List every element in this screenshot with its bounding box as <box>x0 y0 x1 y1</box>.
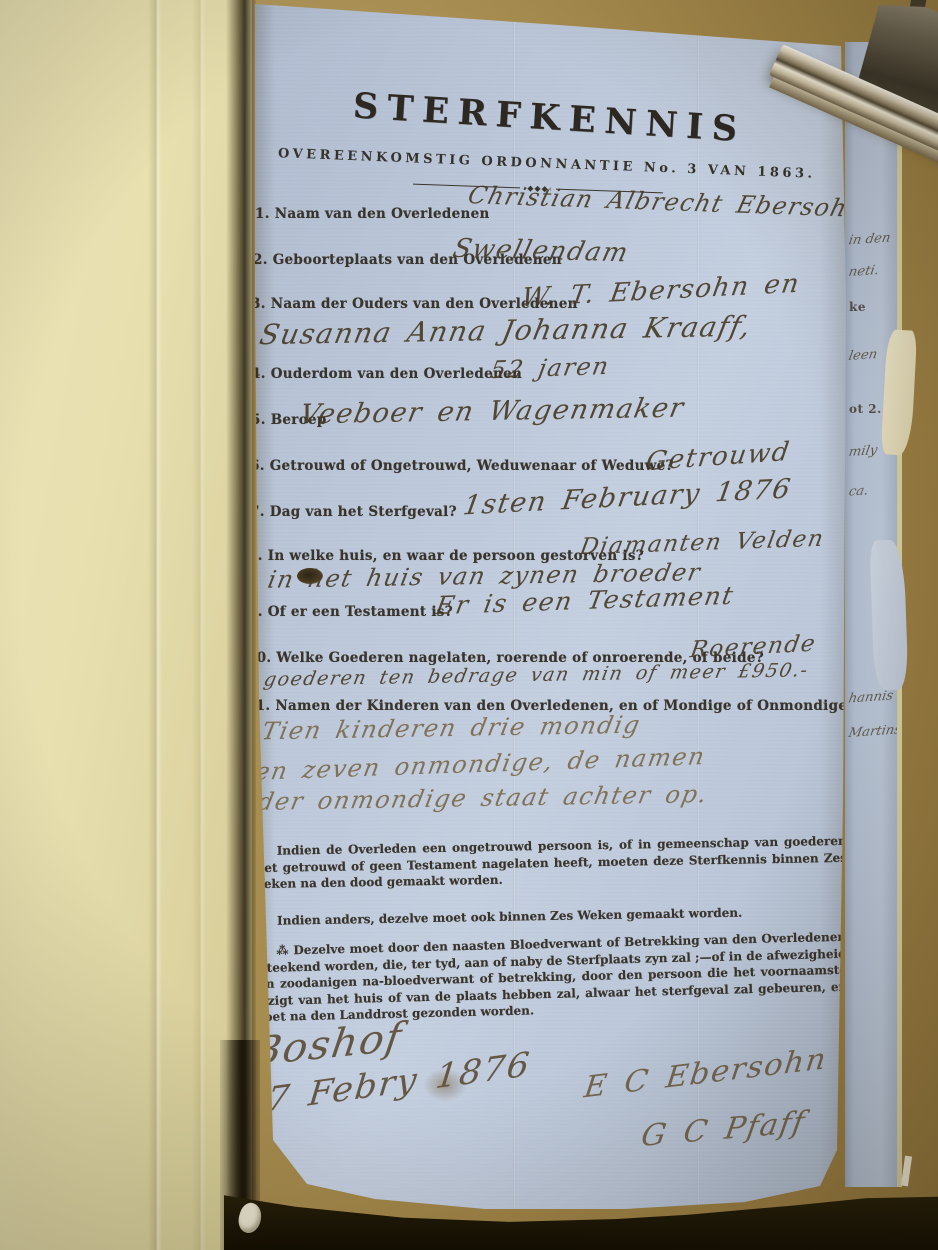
handwritten-answer-age: 52 jaren <box>488 352 612 384</box>
handwritten-answer-birthplace: Swellendam <box>450 234 632 269</box>
edge-text-fragment: Martins. <box>847 722 902 741</box>
torn-paper-edge <box>869 539 908 690</box>
form-field-label: 7. Dag van het Sterfgeval? <box>250 504 457 520</box>
photo-death-notice-book: in den neti. ke leen ot 2. mily ca. hann… <box>0 0 938 1250</box>
handwritten-answer-parents: W. T. Ebersohn en <box>519 269 802 313</box>
form-field-label: 9. Of er een Testament is? <box>248 604 453 620</box>
instruction-paragraph: ⁂ Dezelve moet door den naasten Bloedver… <box>250 929 848 1026</box>
handwritten-answer-goods: Roerende <box>688 631 818 663</box>
signature-witness: G C Pfaff <box>639 1105 808 1154</box>
form-subtitle: OVEREENKOMSTIG ORDONNANTIE No. 3 VAN 186… <box>273 146 821 182</box>
handwritten-answer-children-1: Tien kinderen drie mondig <box>260 711 644 746</box>
ink-smudge <box>423 1068 467 1102</box>
edge-text-fragment: neti. <box>847 263 880 280</box>
death-notice-form: STERFKENNIS OVEREENKOMSTIG ORDONNANTIE N… <box>245 0 850 1215</box>
page-fold <box>192 0 206 1250</box>
edge-text-fragment: in den <box>847 231 891 249</box>
handwritten-answer-death-date: 1sten February 1876 <box>461 474 794 522</box>
paper-sliver <box>901 1156 912 1187</box>
signature-informant: E C Ebersohn <box>582 1042 829 1106</box>
form-field-label: 1. Naam van den Overledenen <box>255 206 490 222</box>
ink-blot <box>297 568 323 584</box>
edge-text-fragment: hannis <box>847 688 894 706</box>
form-field-label: 4. Ouderdom van den Overledenen <box>251 366 522 382</box>
edge-text-fragment: leen <box>847 347 878 364</box>
edge-text-fragment: ca. <box>848 483 870 499</box>
form-field-label: 6. Getrouwd of Ongetrouwd, Weduwenaar of… <box>250 458 674 474</box>
edge-text-fragment: mily <box>847 443 878 460</box>
form-title: STERFKENNIS <box>299 82 801 153</box>
instruction-paragraph: Indien de Overleden een ongetrouwd perso… <box>251 833 848 893</box>
handwritten-answer-death-place: Diamanten Velden <box>578 526 827 560</box>
handwritten-answer-parents-2: Susanna Anna Johanna Kraaff, <box>257 310 755 352</box>
page-fold <box>148 0 162 1250</box>
handwritten-answer-marital: Getrouwd <box>644 437 792 477</box>
edge-text-fragment: ke <box>849 300 866 314</box>
instruction-paragraph: Indien anders, dezelve moet ook binnen Z… <box>251 903 847 930</box>
edge-text-fragment: ot 2. <box>849 402 882 416</box>
handwritten-answer-children-2: en zeven onmondige, de namen <box>253 742 708 786</box>
handwritten-answer-occupation: Veeboer en Wagenmaker <box>297 393 687 431</box>
handwritten-answer-name: Christian Albrecht Ebersohn <box>465 181 868 223</box>
handwritten-answer-children-3: der onmondige staat achter op. <box>255 780 710 816</box>
left-book-page <box>0 0 252 1250</box>
